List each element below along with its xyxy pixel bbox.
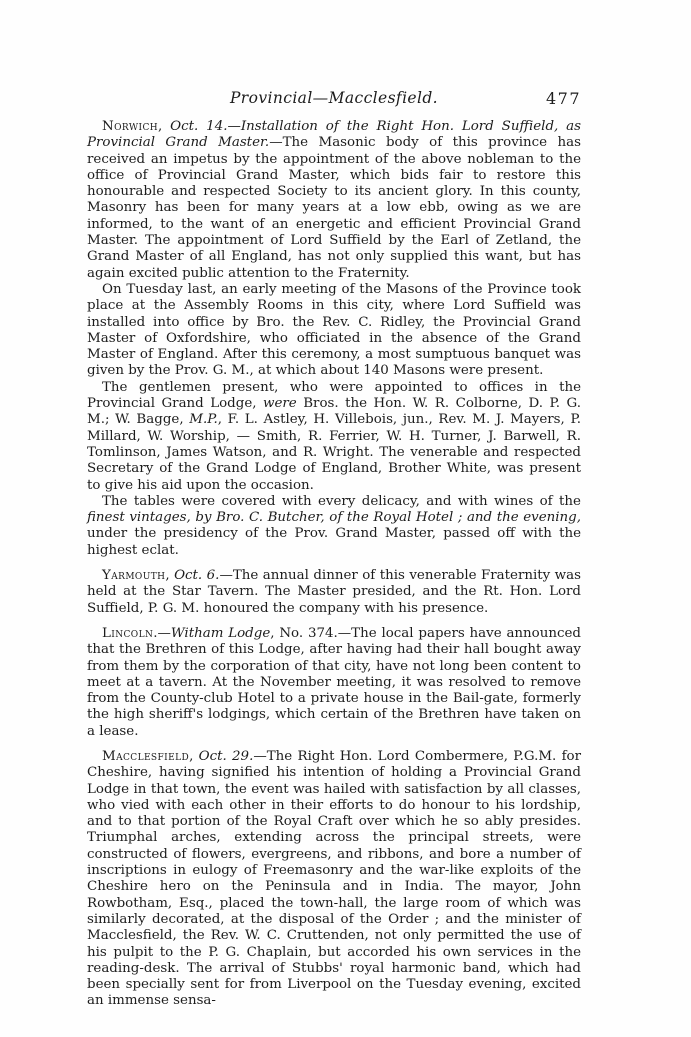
text-segment: —The Right Hon. Lord Combermere, P.G.M. … [87,749,581,1008]
norwich-meeting: On Tuesday last, an early meeting of the… [87,282,581,380]
text-segment: were [263,396,297,411]
norwich-report: Norwich, Oct. 14.—Installation of the Ri… [87,119,581,282]
norwich-banquet: The tables were covered with every delic… [87,494,581,559]
text-segment: —The Masonic body of this province has r… [87,135,581,280]
text-segment: Macclesfield [102,749,189,764]
text-segment: Lincoln [102,626,153,641]
text-segment: under the presidency of the Prov. Grand … [87,526,581,557]
text-segment: Oct. 29. [199,749,254,764]
lincoln-report: Lincoln.—Witham Lodge, No. 374.—The loca… [87,626,581,740]
macclesfield-report: Macclesfield, Oct. 29.—The Right Hon. Lo… [87,749,581,1010]
text-segment: M.P. [189,412,218,427]
running-header-title: Provincial—Macclesfield. [87,89,581,107]
text-segment: , [189,749,199,764]
text-segment: finest vintages, by Bro. C. Butcher, of … [87,510,581,525]
text-segment: , No. 374.—The local papers have announc… [87,626,581,739]
text-segment: Oct. 6. [174,568,219,583]
text-segment: , [165,568,174,583]
document-page: Provincial—Macclesfield. 477 Norwich, Oc… [0,0,691,1037]
yarmouth-report: Yarmouth, Oct. 6.—The annual dinner of t… [87,568,581,617]
text-block: Norwich, Oct. 14.—Installation of the Ri… [87,119,581,1010]
running-header: Provincial—Macclesfield. 477 [87,89,581,109]
text-segment: Witham Lodge [171,626,270,641]
norwich-officers: The gentlemen present, who were appointe… [87,380,581,494]
text-segment: Norwich [102,119,158,134]
text-segment: The tables were covered with every delic… [102,494,581,509]
text-segment: Yarmouth [102,568,165,583]
text-segment: .— [153,626,171,641]
text-segment: On Tuesday last, an early meeting of the… [87,282,581,378]
text-segment: , [158,119,170,134]
page-number: 477 [546,89,581,108]
